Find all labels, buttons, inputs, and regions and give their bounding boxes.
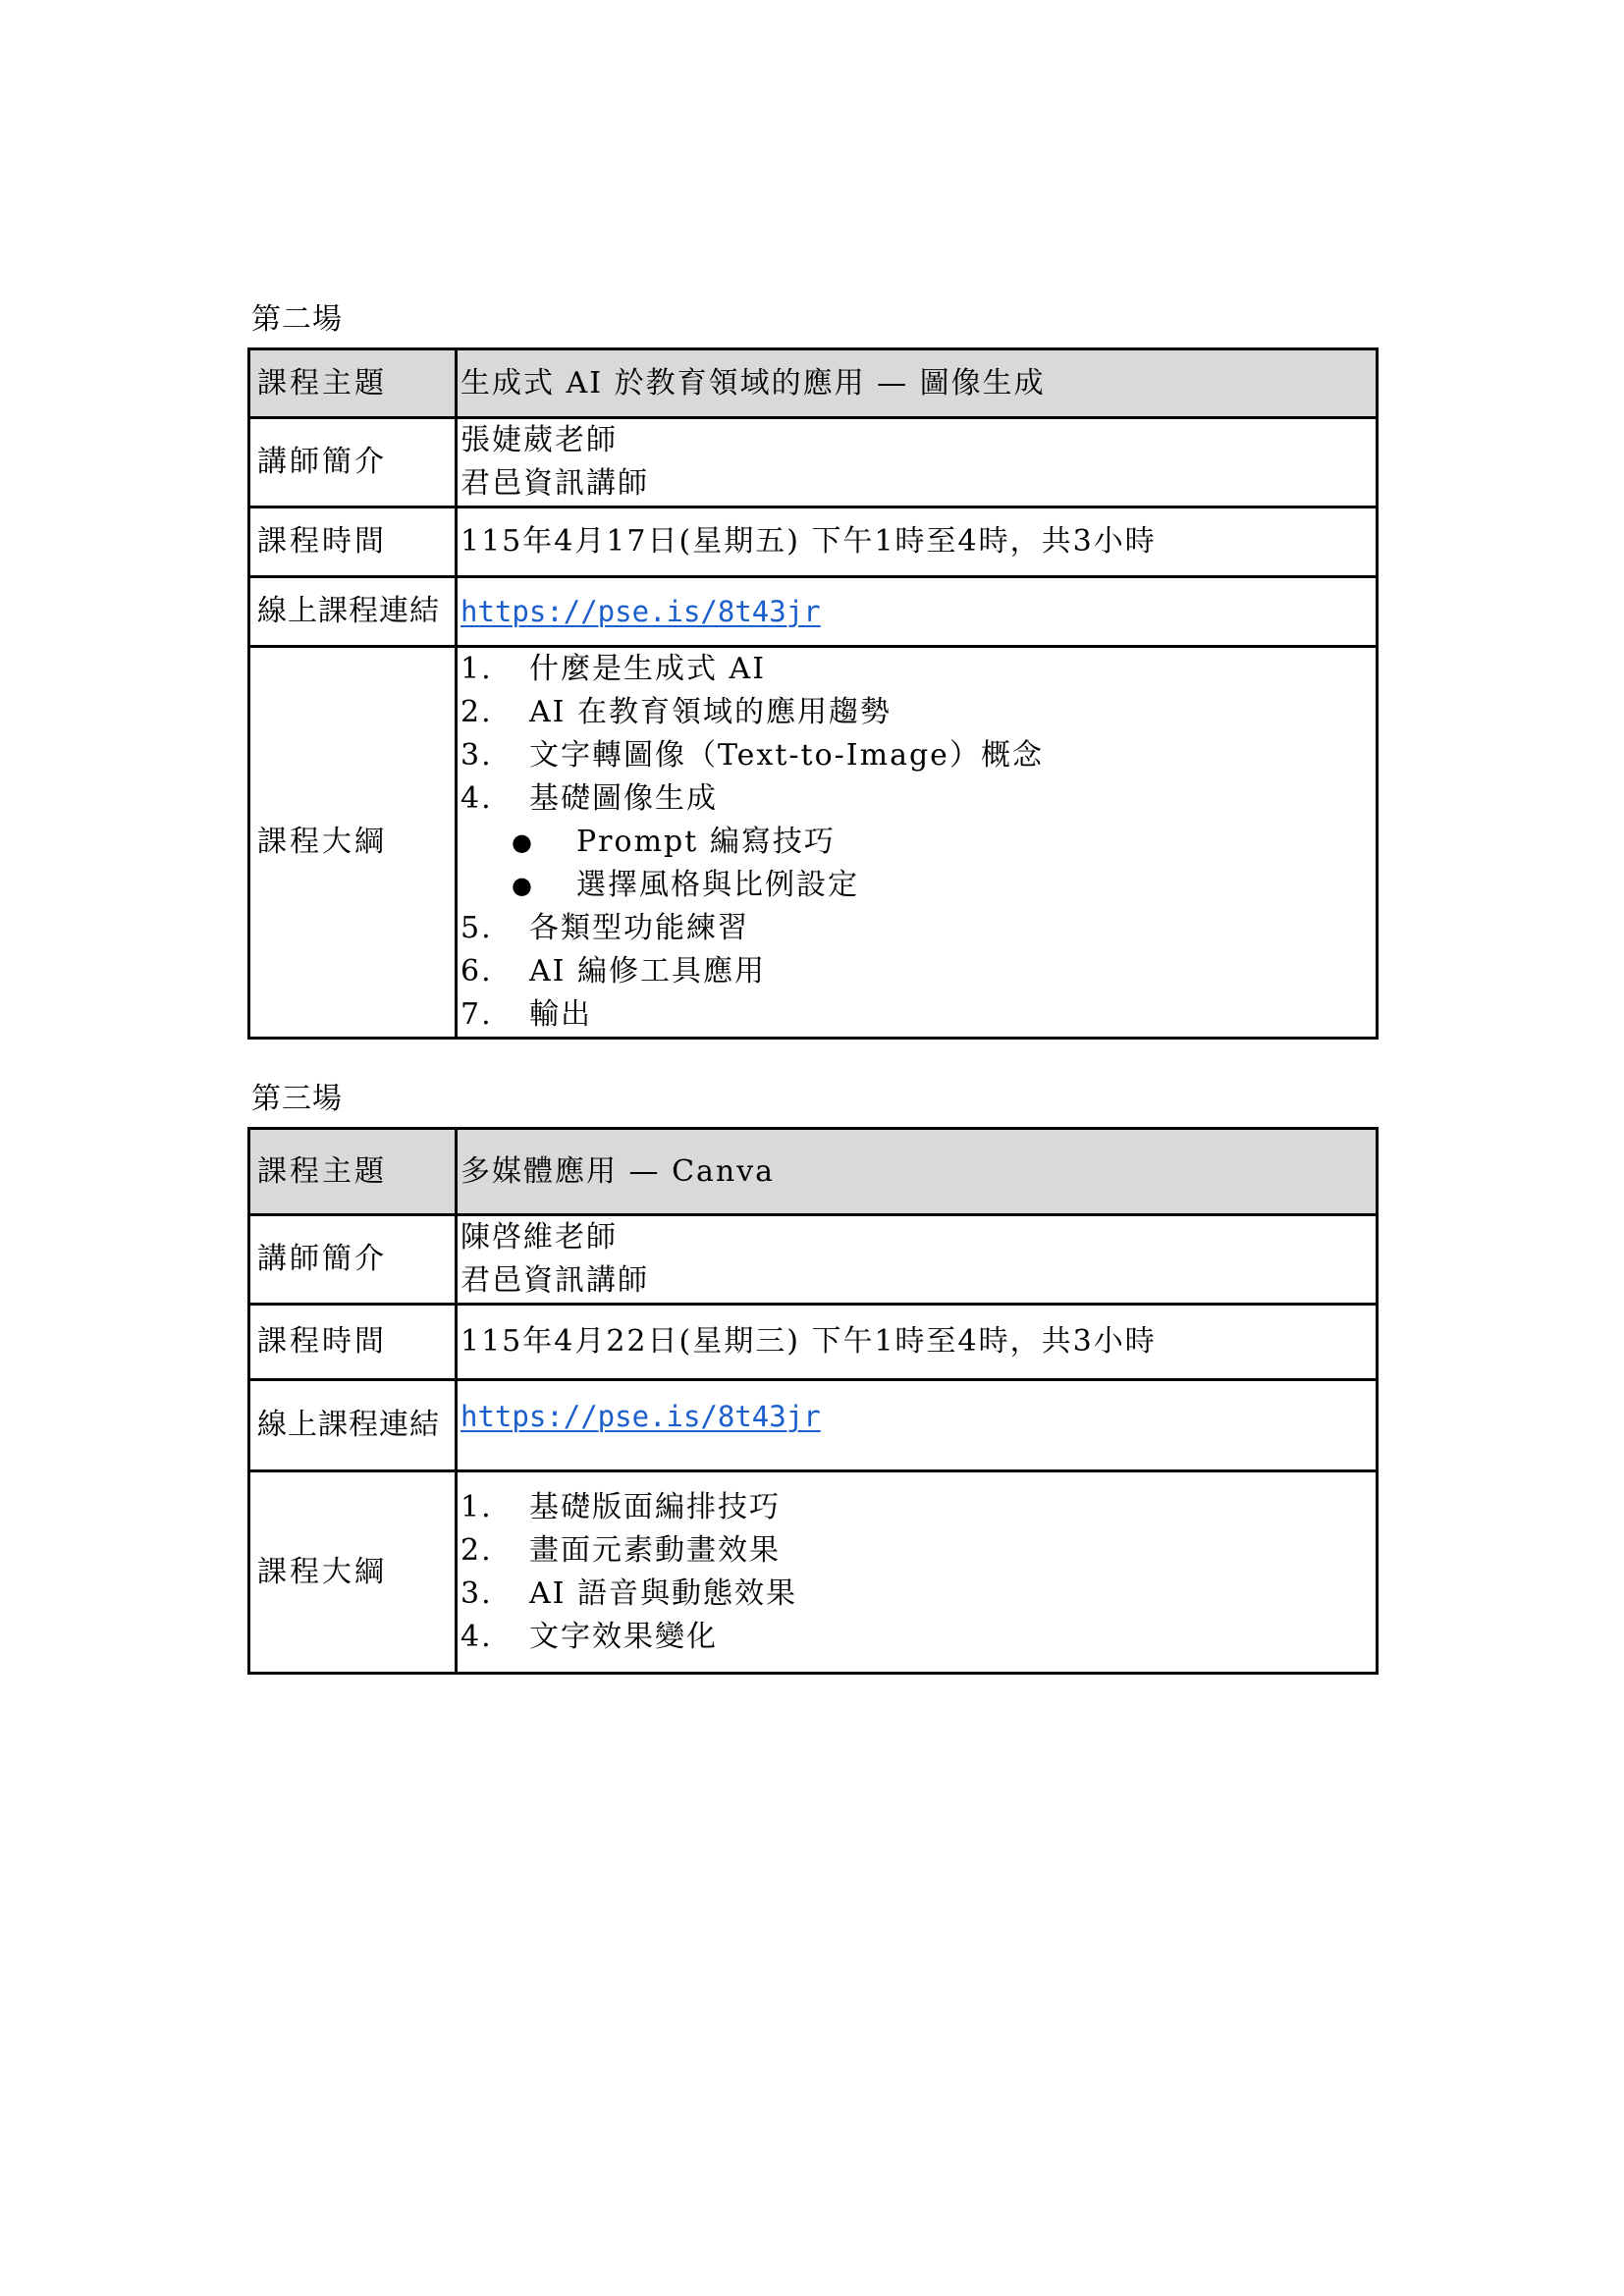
link-row: 線上課程連結 https://pse.is/8t43jr xyxy=(249,1380,1378,1471)
outline-item: 4.基礎圖像生成 xyxy=(460,777,1376,821)
outline-list: 1.基礎版面編排技巧 2.畫面元素動畫效果 3.AI 語音與動態效果 4.文字效… xyxy=(460,1486,1376,1659)
session-2-table: 課程主題 生成式 AI 於教育領域的應用 — 圖像生成 講師簡介 張婕葳老師 君… xyxy=(247,347,1379,1040)
link-label: 線上課程連結 xyxy=(249,577,457,647)
outline-row: 課程大綱 1.什麼是生成式 AI 2.AI 在教育領域的應用趨勢 3.文字轉圖像… xyxy=(249,647,1378,1039)
instructor-role: 君邑資訊講師 xyxy=(460,462,1376,506)
instructor-name: 陳啓維老師 xyxy=(460,1216,1376,1259)
link-row: 線上課程連結 https://pse.is/8t43jr xyxy=(249,577,1378,647)
time-value: 115年4月17日(星期五) 下午1時至4時，共3小時 xyxy=(457,507,1378,577)
outline-subitem: ●選擇風格與比例設定 xyxy=(460,864,1376,907)
course-link[interactable]: https://pse.is/8t43jr xyxy=(460,1400,821,1433)
outline-item: 1.基礎版面編排技巧 xyxy=(460,1486,1376,1529)
instructor-label: 講師簡介 xyxy=(249,1215,457,1305)
link-cell: https://pse.is/8t43jr xyxy=(457,577,1378,647)
outline-item: 1.什麼是生成式 AI xyxy=(460,648,1376,691)
instructor-row: 講師簡介 張婕葳老師 君邑資訊講師 xyxy=(249,418,1378,507)
outline-row: 課程大綱 1.基礎版面編排技巧 2.畫面元素動畫效果 3.AI 語音與動態效果 … xyxy=(249,1471,1378,1674)
topic-row: 課程主題 多媒體應用 — Canva xyxy=(249,1129,1378,1215)
session-2-title: 第二場 xyxy=(251,300,343,340)
outline-label: 課程大綱 xyxy=(249,1471,457,1674)
outline-item: 7.輸出 xyxy=(460,993,1376,1037)
instructor-role: 君邑資訊講師 xyxy=(460,1259,1376,1303)
instructor-label: 講師簡介 xyxy=(249,418,457,507)
instructor-row: 講師簡介 陳啓維老師 君邑資訊講師 xyxy=(249,1215,1378,1305)
time-value: 115年4月22日(星期三) 下午1時至4時，共3小時 xyxy=(457,1305,1378,1380)
instructor-name: 張婕葳老師 xyxy=(460,419,1376,462)
instructor-cell: 陳啓維老師 君邑資訊講師 xyxy=(457,1215,1378,1305)
time-label: 課程時間 xyxy=(249,507,457,577)
outline-item: 4.文字效果變化 xyxy=(460,1616,1376,1659)
outline-item: 2.畫面元素動畫效果 xyxy=(460,1529,1376,1573)
course-link[interactable]: https://pse.is/8t43jr xyxy=(460,595,821,628)
outline-item: 3.AI 語音與動態效果 xyxy=(460,1573,1376,1616)
session-3-table: 課程主題 多媒體應用 — Canva 講師簡介 陳啓維老師 君邑資訊講師 課程時… xyxy=(247,1127,1379,1675)
outline-label: 課程大綱 xyxy=(249,647,457,1039)
topic-value: 生成式 AI 於教育領域的應用 — 圖像生成 xyxy=(457,349,1378,418)
session-3-title: 第三場 xyxy=(251,1080,343,1119)
outline-cell: 1.基礎版面編排技巧 2.畫面元素動畫效果 3.AI 語音與動態效果 4.文字效… xyxy=(457,1471,1378,1674)
outline-subitem: ●Prompt 編寫技巧 xyxy=(460,821,1376,864)
bullet-icon: ● xyxy=(512,821,576,864)
topic-value: 多媒體應用 — Canva xyxy=(457,1129,1378,1215)
time-label: 課程時間 xyxy=(249,1305,457,1380)
link-cell: https://pse.is/8t43jr xyxy=(457,1380,1378,1471)
topic-row: 課程主題 生成式 AI 於教育領域的應用 — 圖像生成 xyxy=(249,349,1378,418)
topic-label: 課程主題 xyxy=(249,1129,457,1215)
bullet-icon: ● xyxy=(512,864,576,907)
outline-item: 2.AI 在教育領域的應用趨勢 xyxy=(460,691,1376,734)
outline-list: 1.什麼是生成式 AI 2.AI 在教育領域的應用趨勢 3.文字轉圖像（Text… xyxy=(460,648,1376,1037)
outline-item: 3.文字轉圖像（Text-to-Image）概念 xyxy=(460,734,1376,777)
link-label: 線上課程連結 xyxy=(249,1380,457,1471)
topic-label: 課程主題 xyxy=(249,349,457,418)
time-row: 課程時間 115年4月22日(星期三) 下午1時至4時，共3小時 xyxy=(249,1305,1378,1380)
outline-cell: 1.什麼是生成式 AI 2.AI 在教育領域的應用趨勢 3.文字轉圖像（Text… xyxy=(457,647,1378,1039)
instructor-cell: 張婕葳老師 君邑資訊講師 xyxy=(457,418,1378,507)
outline-item: 6.AI 編修工具應用 xyxy=(460,950,1376,993)
outline-item: 5.各類型功能練習 xyxy=(460,907,1376,950)
time-row: 課程時間 115年4月17日(星期五) 下午1時至4時，共3小時 xyxy=(249,507,1378,577)
